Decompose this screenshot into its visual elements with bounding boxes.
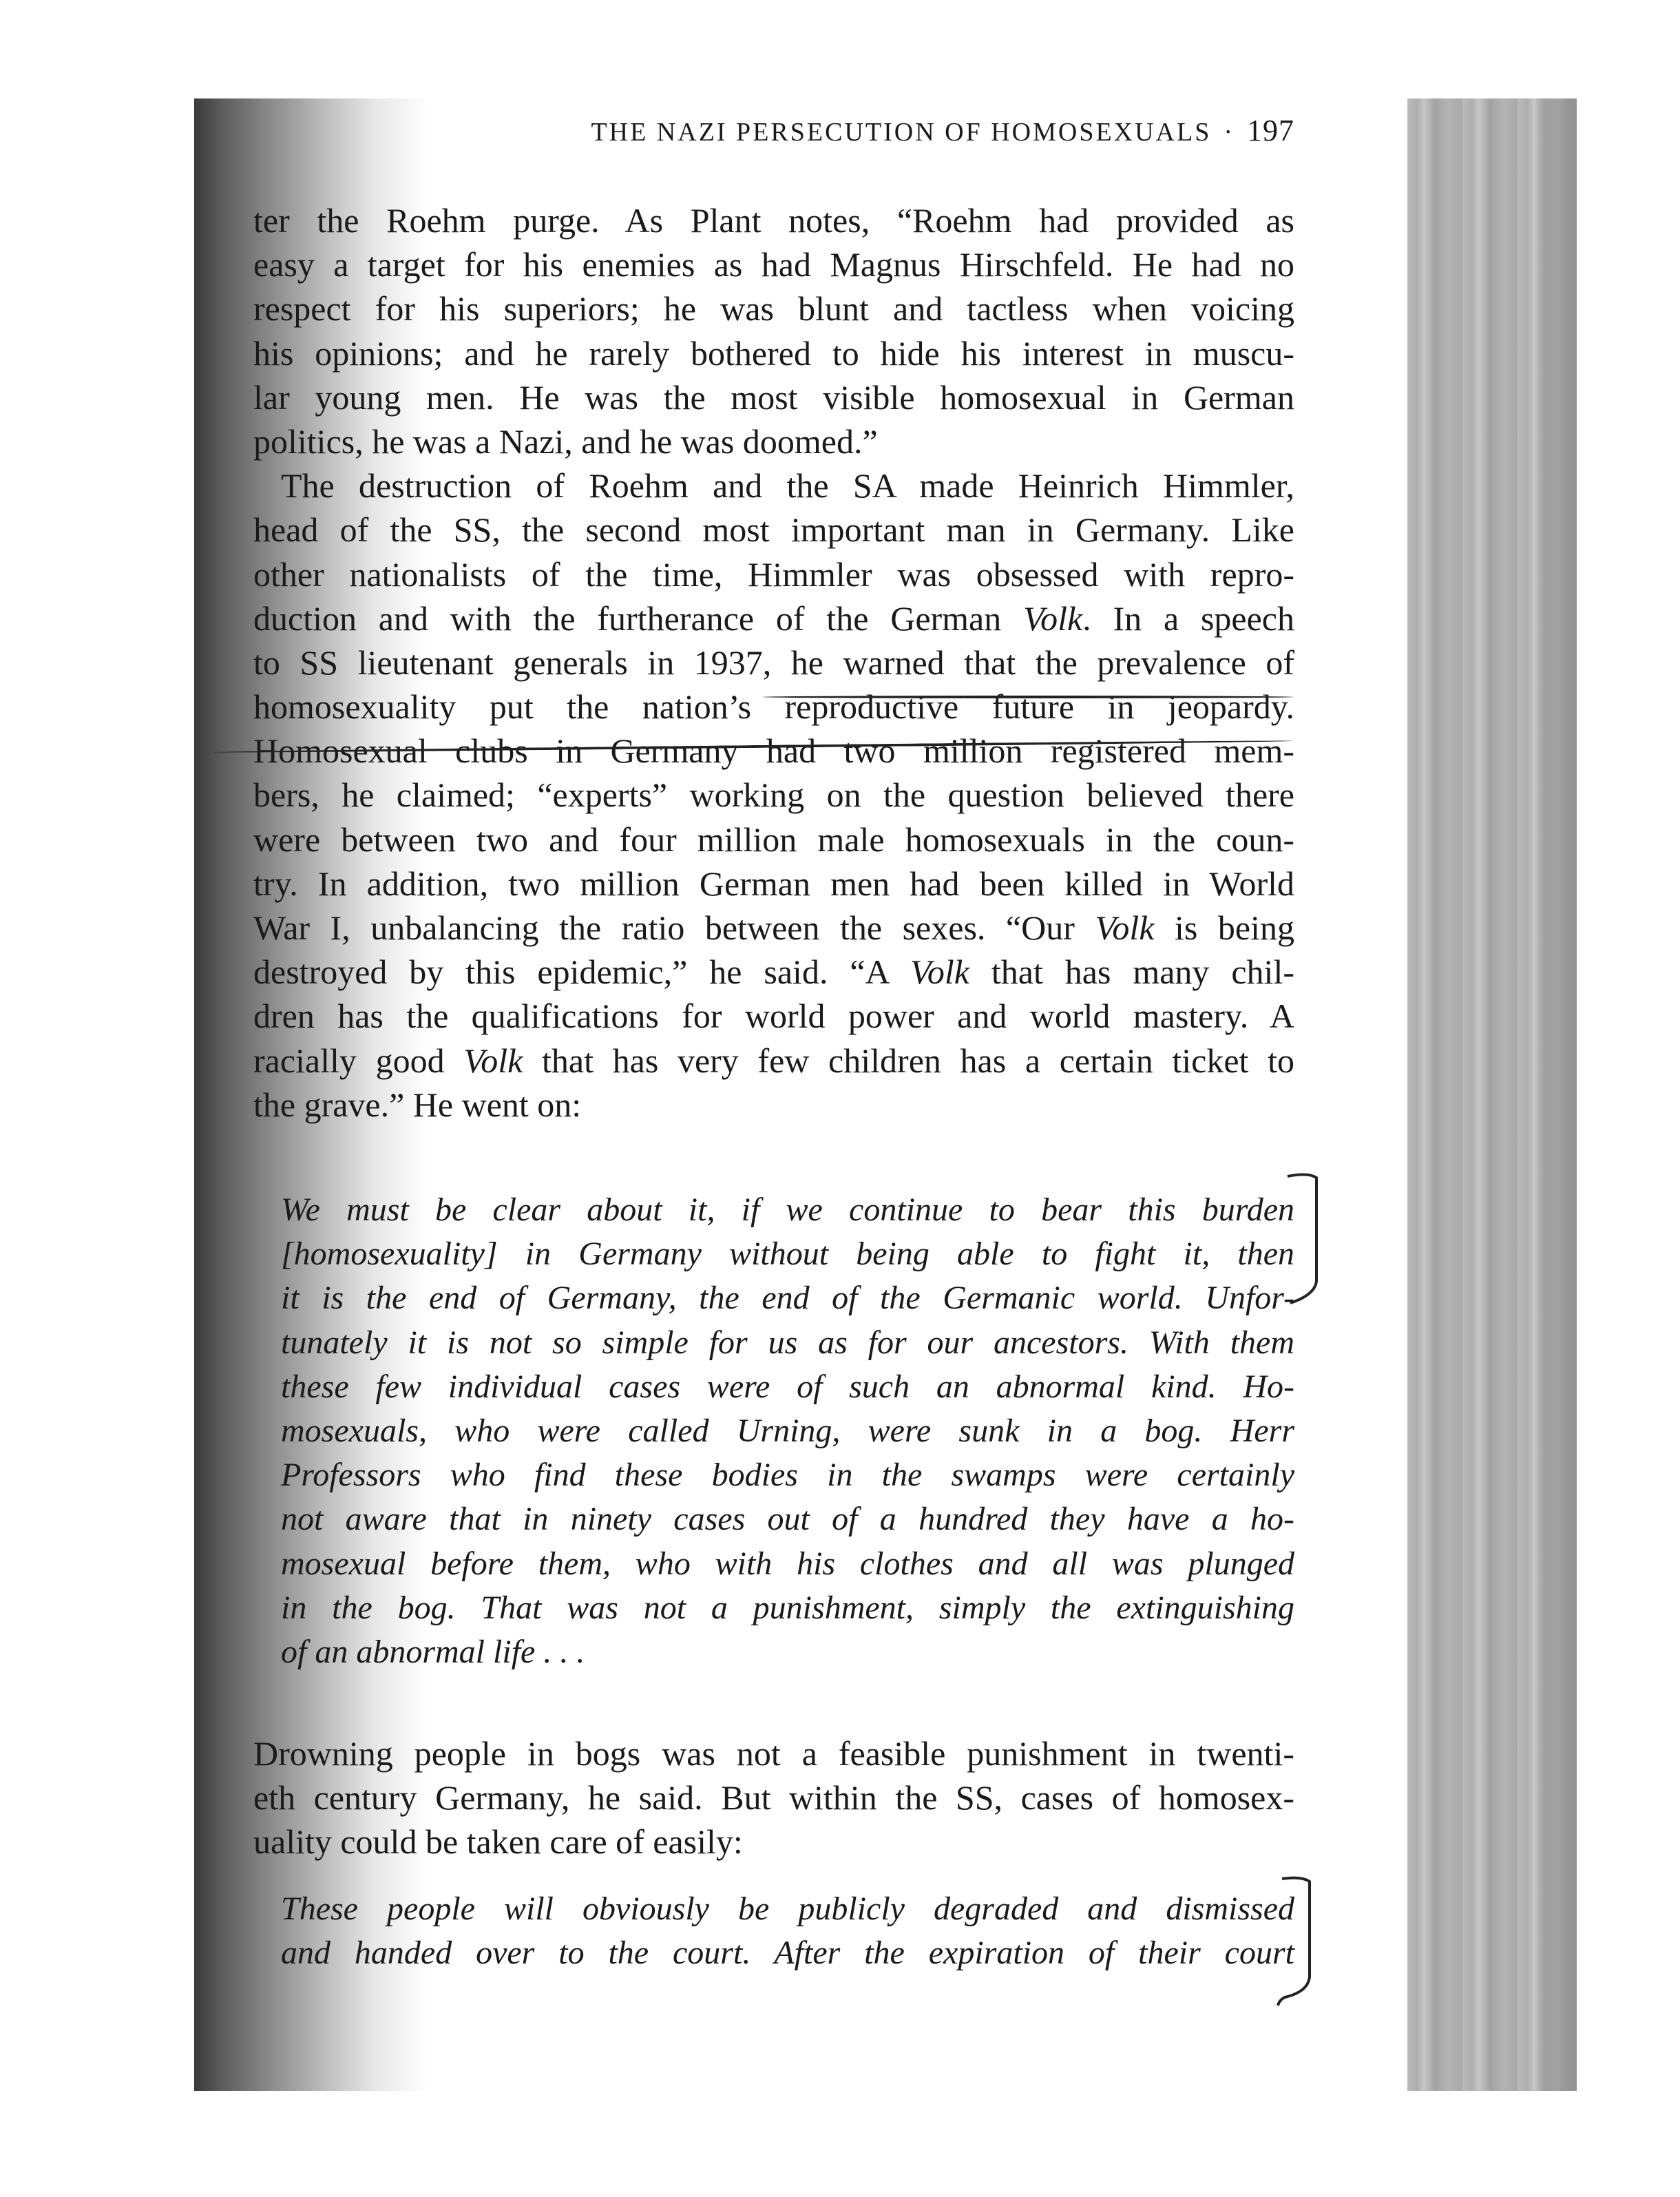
text-line: the grave.” He went on: <box>253 1083 1294 1127</box>
text-line: were between two and four million male h… <box>253 818 1294 862</box>
block-quote: We must be clear about it, if we continu… <box>281 1188 1294 1674</box>
quote-line: mosexual before them, who with his cloth… <box>281 1542 1294 1586</box>
quote-line: it is the end of Germany, the end of the… <box>281 1276 1294 1320</box>
text-run: that has many chil- <box>969 952 1294 991</box>
text-line: Drowning people in bogs was not a feasib… <box>253 1732 1294 1776</box>
text-line: homosexuality put the nation’s reproduct… <box>253 685 1294 729</box>
quote-line: These people will obviously be publicly … <box>281 1887 1294 1931</box>
block-quote: These people will obviously be publicly … <box>281 1887 1294 1975</box>
quote-line: Professors who find these bodies in the … <box>281 1453 1294 1497</box>
quote-line: tunately it is not so simple for us as f… <box>281 1321 1294 1365</box>
quote-line: and handed over to the court. After the … <box>281 1931 1294 1975</box>
chapter-title: THE NAZI PERSECUTION OF HOMOSEXUALS <box>591 118 1211 147</box>
text-line: duction and with the furtherance of the … <box>253 596 1294 641</box>
quote-line: of an abnormal life . . . <box>281 1630 1294 1674</box>
text-line: destroyed by this epidemic,” he said. “A… <box>253 950 1294 994</box>
text-line: other nationalists of the time, Himmler … <box>253 552 1294 596</box>
italic-term: Volk <box>910 952 969 991</box>
text-run: is being <box>1155 908 1295 947</box>
text-run: . In a speech <box>1082 599 1294 638</box>
quote-line: not aware that in ninety cases out of a … <box>281 1497 1294 1541</box>
text-line: politics, he was a Nazi, and he was doom… <box>253 419 1294 464</box>
text-run: duction and with the furtherance of the … <box>253 599 1023 638</box>
text-line: eth century Germany, he said. But within… <box>253 1776 1294 1820</box>
separator: · <box>1224 118 1235 147</box>
quote-line: these few individual cases were of such … <box>281 1365 1294 1409</box>
quote-line: We must be clear about it, if we continu… <box>281 1188 1294 1232</box>
text-line: War I, unbalancing the ratio between the… <box>253 906 1294 950</box>
text-line: respect for his superiors; he was blunt … <box>253 287 1294 331</box>
body-text: Drowning people in bogs was not a feasib… <box>253 1732 1294 1865</box>
text-run: racially good <box>253 1041 463 1080</box>
text-line: ter the Roehm purge. As Plant notes, “Ro… <box>253 198 1294 242</box>
page-edge-strip <box>1407 98 1577 2091</box>
quote-line: in the bog. That was not a punishment, s… <box>281 1586 1294 1630</box>
italic-term: Volk <box>1023 599 1082 638</box>
pen-bracket <box>1274 1873 1322 2011</box>
quote-line: [homosexuality] in Germany without being… <box>281 1232 1294 1276</box>
text-line: his opinions; and he rarely bothered to … <box>253 331 1294 375</box>
text-line: dren has the qualifications for world po… <box>253 994 1294 1038</box>
running-head: THE NAZI PERSECUTION OF HOMOSEXUALS·197 <box>262 110 1294 153</box>
text-run: that has very few children has a certain… <box>523 1041 1294 1080</box>
body-text: ter the Roehm purge. As Plant notes, “Ro… <box>253 198 1294 1127</box>
text-line: easy a target for his enemies as had Mag… <box>253 242 1294 287</box>
quote-line: mosexuals, who were called Urning, were … <box>281 1409 1294 1453</box>
text-line: uality could be taken care of easily: <box>253 1820 1294 1864</box>
pen-underline <box>763 696 1293 698</box>
text-line: bers, he claimed; “experts” working on t… <box>253 773 1294 817</box>
text-line: racially good Volk that has very few chi… <box>253 1039 1294 1083</box>
text-run: destroyed by this epidemic,” he said. “A <box>253 952 910 991</box>
text-line: head of the SS, the second most importan… <box>253 508 1294 552</box>
text-line: to SS lieutenant generals in 1937, he wa… <box>253 641 1294 685</box>
text-line: The destruction of Roehm and the SA made… <box>253 464 1294 508</box>
page-number: 197 <box>1247 114 1294 147</box>
italic-term: Volk <box>1095 908 1154 947</box>
text-line: try. In addition, two million German men… <box>253 862 1294 906</box>
italic-term: Volk <box>463 1041 523 1080</box>
pen-bracket <box>1281 1171 1322 1309</box>
text-line: lar young men. He was the most visible h… <box>253 375 1294 419</box>
text-run: War I, unbalancing the ratio between the… <box>253 908 1095 947</box>
